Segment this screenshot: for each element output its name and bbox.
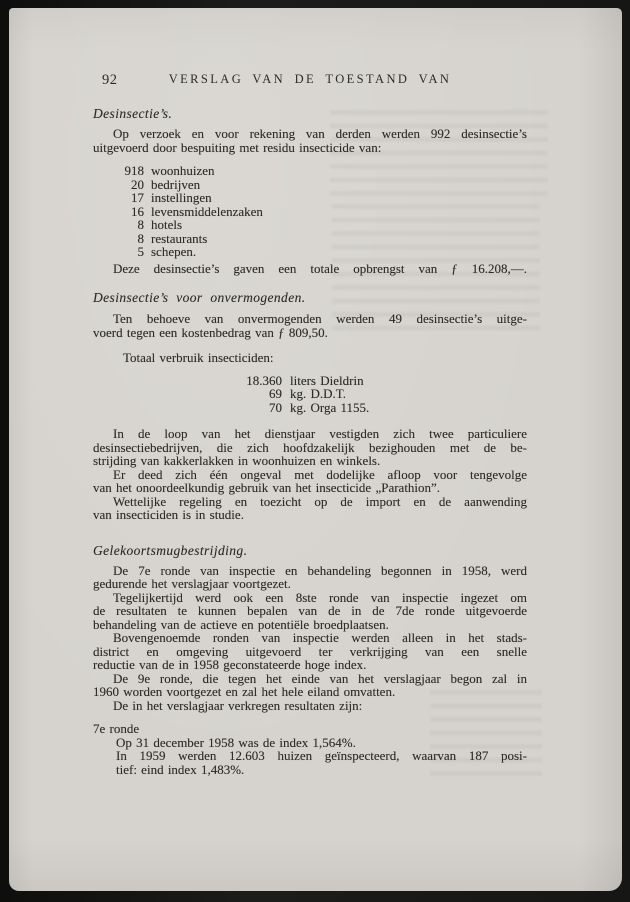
heading-onvermogenden: Desinsectie’s voor onvermogenden. bbox=[93, 291, 527, 305]
paragraph-line: De 7e ronde van inspectie en behandeling… bbox=[93, 564, 527, 578]
totaal-verbruik-label: Totaal verbruik insecticiden: bbox=[93, 351, 527, 365]
count-value: 17 bbox=[93, 191, 144, 205]
paragraph-line: van het onoordeelkundig gebruik van het … bbox=[93, 481, 527, 495]
paragraph-stadsdistrict: Bovengenoemde ronden van inspectie werde… bbox=[93, 631, 527, 672]
count-row: 5 schepen. bbox=[93, 245, 527, 259]
paragraph-line: behandeling van de actieve en potentiële… bbox=[93, 618, 527, 632]
paragraph-wettelijke-regeling: Wettelijke regeling en toezicht op de im… bbox=[93, 495, 527, 522]
insecticide-row: 18.360 liters Dieldrin bbox=[93, 374, 527, 388]
result-line: Op 31 december 1958 was de index 1,564%. bbox=[93, 736, 527, 750]
running-head: 92 VERSLAG VAN DE TOESTAND VAN bbox=[93, 72, 527, 88]
paper-page: 92 VERSLAG VAN DE TOESTAND VAN Desinsect… bbox=[9, 8, 622, 891]
paragraph-7e-ronde: De 7e ronde van inspectie en behandeling… bbox=[93, 564, 527, 591]
count-label: levensmiddelenzaken bbox=[151, 205, 263, 219]
paragraph-line: Op verzoek en voor rekening van derden w… bbox=[93, 127, 527, 141]
paragraph-line: voerd tegen een kostenbedrag van ƒ 809,5… bbox=[93, 326, 527, 340]
paragraph-line: Bovengenoemde ronden van inspectie werde… bbox=[93, 631, 527, 645]
insecticiden-list: 18.360 liters Dieldrin 69 kg. D.D.T. 70 … bbox=[93, 374, 527, 415]
count-row: 17 instellingen bbox=[93, 191, 527, 205]
count-value: 16 bbox=[93, 205, 144, 219]
count-value: 5 bbox=[93, 245, 144, 259]
results-intro-line: De in het verslagjaar verkregen resultat… bbox=[93, 699, 527, 713]
count-row: 8 hotels bbox=[93, 218, 527, 232]
paragraph-line: strijding van kakkerlakken in woonhuizen… bbox=[93, 454, 527, 468]
scanned-document: 92 VERSLAG VAN DE TOESTAND VAN Desinsect… bbox=[0, 0, 630, 902]
paragraph-line: Ten behoeve van onvermogenden werden 49 … bbox=[93, 312, 527, 326]
ronde7-label: 7e ronde bbox=[93, 722, 527, 736]
count-row: 918 woonhuizen bbox=[93, 164, 527, 178]
count-label: schepen. bbox=[151, 245, 196, 259]
paragraph-line: district en omgeving uitgevoerd ter verk… bbox=[93, 645, 527, 659]
paragraph-line: reductie van de in 1958 geconstateerde h… bbox=[93, 658, 527, 672]
paragraph-line: 1960 worden voortgezet en zal het hele e… bbox=[93, 685, 527, 699]
count-label: instellingen bbox=[151, 191, 212, 205]
count-row: 20 bedrijven bbox=[93, 178, 527, 192]
paragraph-dienstjaar: In de loop van het dienstjaar vestigden … bbox=[93, 427, 527, 468]
paragraph-line: gedurende het verslagjaar voortgezet. bbox=[93, 577, 527, 591]
paragraph-ongeval: Er deed zich één ongeval met dodelijke a… bbox=[93, 468, 527, 495]
insecticide-row: 69 kg. D.D.T. bbox=[93, 387, 527, 401]
desinsectie-count-list: 918 woonhuizen 20 bedrijven 17 instellin… bbox=[93, 164, 527, 259]
count-value: 8 bbox=[93, 232, 144, 246]
insecticide-amount: 69 bbox=[93, 387, 282, 401]
paragraph-line: Er deed zich één ongeval met dodelijke a… bbox=[93, 468, 527, 482]
ronde7-results: Op 31 december 1958 was de index 1,564%.… bbox=[93, 736, 527, 777]
total-opbrengst-line: Deze desinsectie’s gaven een totale opbr… bbox=[93, 262, 527, 276]
count-label: hotels bbox=[151, 218, 182, 232]
paragraph-desinsecties-intro: Op verzoek en voor rekening van derden w… bbox=[93, 127, 527, 154]
paragraph-8ste-ronde: Tegelijkertijd werd ook een 8ste ronde v… bbox=[93, 591, 527, 632]
paragraph-line: Tegelijkertijd werd ook een 8ste ronde v… bbox=[93, 591, 527, 605]
paragraph-line: desinsectiebedrijven, die zich hoofdzake… bbox=[93, 441, 527, 455]
insecticide-name: liters Dieldrin bbox=[290, 374, 364, 388]
result-line: tief: eind index 1,483%. bbox=[93, 763, 527, 777]
insecticide-amount: 18.360 bbox=[93, 374, 282, 388]
count-row: 16 levensmiddelenzaken bbox=[93, 205, 527, 219]
paragraph-line: van insecticiden is in studie. bbox=[93, 508, 527, 522]
paragraph-line: Wettelijke regeling en toezicht op de im… bbox=[93, 495, 527, 509]
paragraph-9e-ronde: De 9e ronde, die tegen het einde van het… bbox=[93, 672, 527, 699]
count-label: restaurants bbox=[151, 232, 207, 246]
paragraph-line: uitgevoerd door bespuiting met residu in… bbox=[93, 141, 527, 155]
insecticide-amount: 70 bbox=[93, 401, 282, 415]
count-value: 8 bbox=[93, 218, 144, 232]
paragraph-line: De 9e ronde, die tegen het einde van het… bbox=[93, 672, 527, 686]
heading-desinsecties: Desinsectie’s. bbox=[93, 107, 527, 121]
heading-gelekoortsmugbestrijding: Gelekoortsmugbestrijding. bbox=[93, 544, 527, 558]
result-line: In 1959 werden 12.603 huizen geïnspectee… bbox=[93, 749, 527, 763]
paragraph-line: In de loop van het dienstjaar vestigden … bbox=[93, 427, 527, 441]
insecticide-row: 70 kg. Orga 1155. bbox=[93, 401, 527, 415]
count-row: 8 restaurants bbox=[93, 232, 527, 246]
count-value: 20 bbox=[93, 178, 144, 192]
running-header-title: VERSLAG VAN DE TOESTAND VAN bbox=[93, 72, 527, 87]
count-label: woonhuizen bbox=[151, 164, 215, 178]
page-number: 92 bbox=[102, 72, 118, 89]
insecticide-name: kg. D.D.T. bbox=[290, 387, 346, 401]
count-value: 918 bbox=[93, 164, 144, 178]
paragraph-onvermogenden: Ten behoeve van onvermogenden werden 49 … bbox=[93, 312, 527, 339]
insecticide-name: kg. Orga 1155. bbox=[290, 401, 369, 415]
paragraph-line: de resultaten te kunnen bepalen van de i… bbox=[93, 604, 527, 618]
count-label: bedrijven bbox=[151, 178, 200, 192]
page-content: Desinsectie’s. Op verzoek en voor rekeni… bbox=[93, 104, 527, 776]
